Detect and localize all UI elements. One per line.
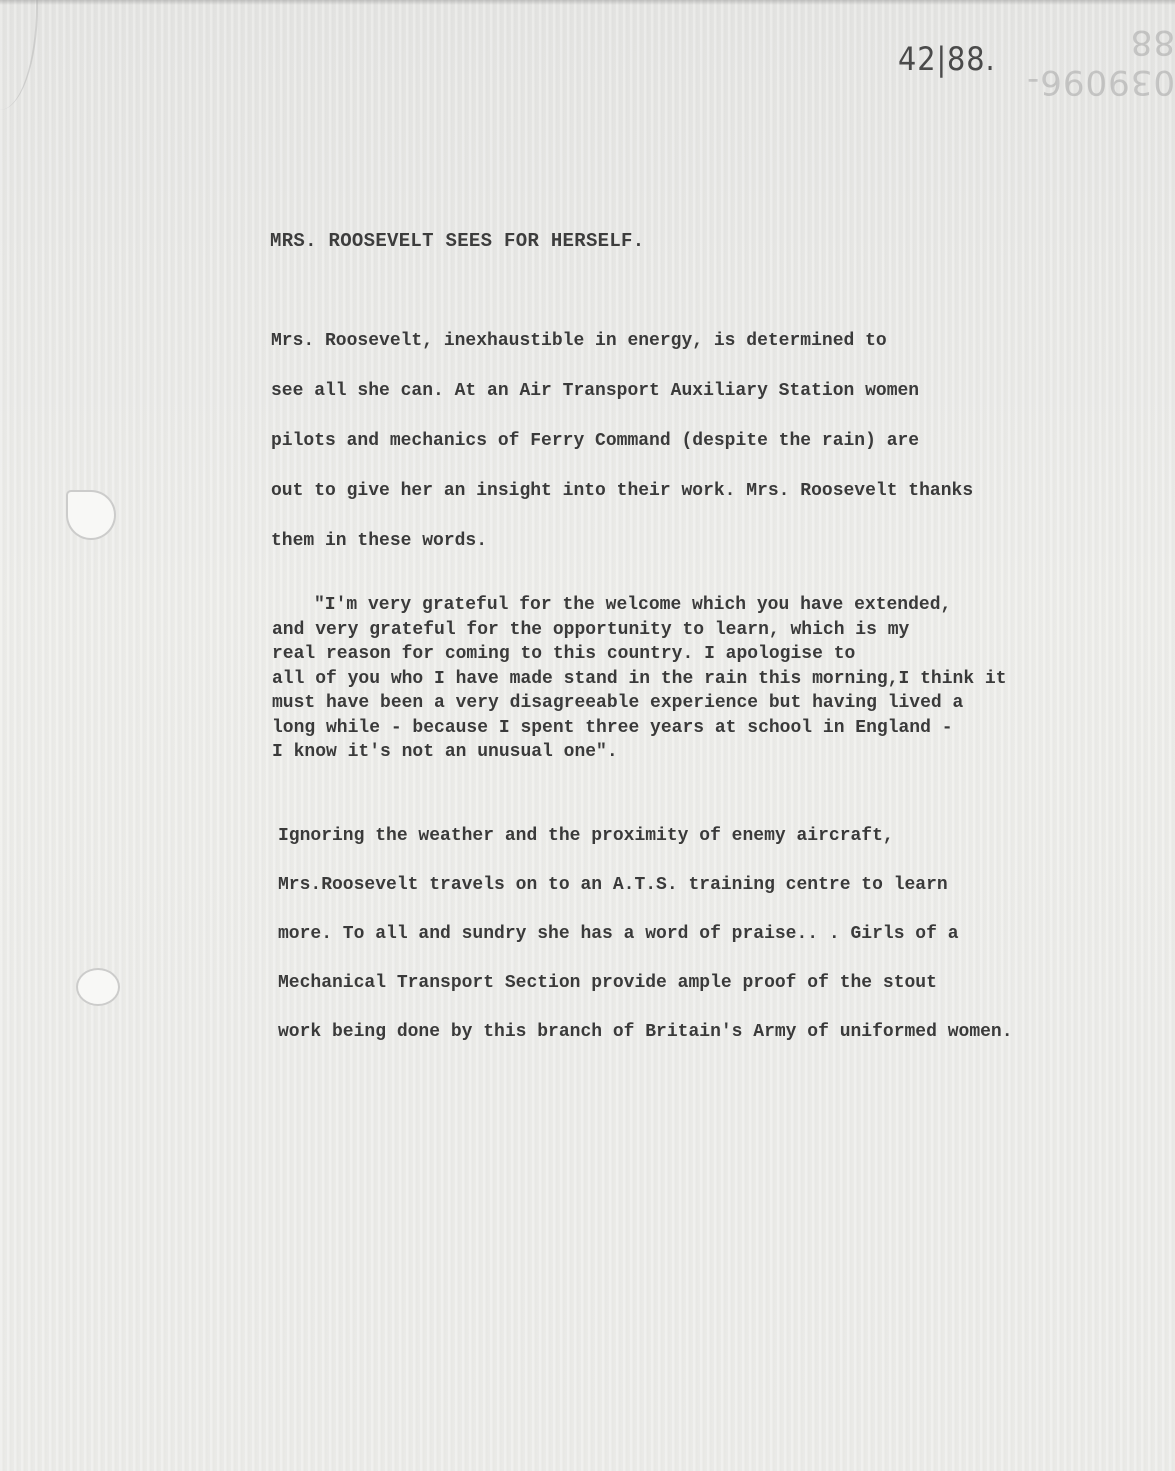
text-line: see all she can. At an Air Transport Aux… — [271, 381, 973, 431]
text-line: out to give her an insight into their wo… — [271, 481, 973, 531]
text-line: I know it's not an unusual one". — [272, 742, 1007, 767]
text-line: pilots and mechanics of Ferry Command (d… — [271, 431, 973, 481]
text-line: must have been a very disagreeable exper… — [272, 693, 1007, 718]
text-line: all of you who I have made stand in the … — [272, 669, 1007, 694]
text-line: Ignoring the weather and the proximity o… — [278, 826, 1013, 875]
archive-stamp: 039096-88 — [1012, 22, 1175, 102]
document-title: MRS. ROOSEVELT SEES FOR HERSELF. — [270, 230, 644, 252]
text-line: long while - because I spent three years… — [272, 718, 1007, 743]
text-line: work being done by this branch of Britai… — [278, 1022, 1013, 1071]
text-line: Mrs. Roosevelt, inexhaustible in energy,… — [271, 331, 973, 381]
punch-hole-icon — [66, 490, 116, 540]
text-line: real reason for coming to this country. … — [272, 644, 1007, 669]
text-line: Mechanical Transport Section provide amp… — [278, 973, 1013, 1022]
punch-hole-icon — [76, 968, 120, 1006]
text-line: them in these words. — [271, 531, 973, 581]
page-curl-edge — [0, 0, 38, 110]
text-line: "I'm very grateful for the welcome which… — [272, 595, 1007, 620]
quotation-block: "I'm very grateful for the welcome which… — [272, 595, 1007, 767]
text-line: more. To all and sundry she has a word o… — [278, 924, 1013, 973]
folio-number: 42|88. — [898, 40, 996, 78]
text-line: and very grateful for the opportunity to… — [272, 620, 1007, 645]
text-line: Mrs.Roosevelt travels on to an A.T.S. tr… — [278, 875, 1013, 924]
paragraph-intro: Mrs. Roosevelt, inexhaustible in energy,… — [271, 331, 973, 581]
scan-top-shadow — [0, 0, 1175, 5]
paragraph-closing: Ignoring the weather and the proximity o… — [278, 826, 1013, 1071]
